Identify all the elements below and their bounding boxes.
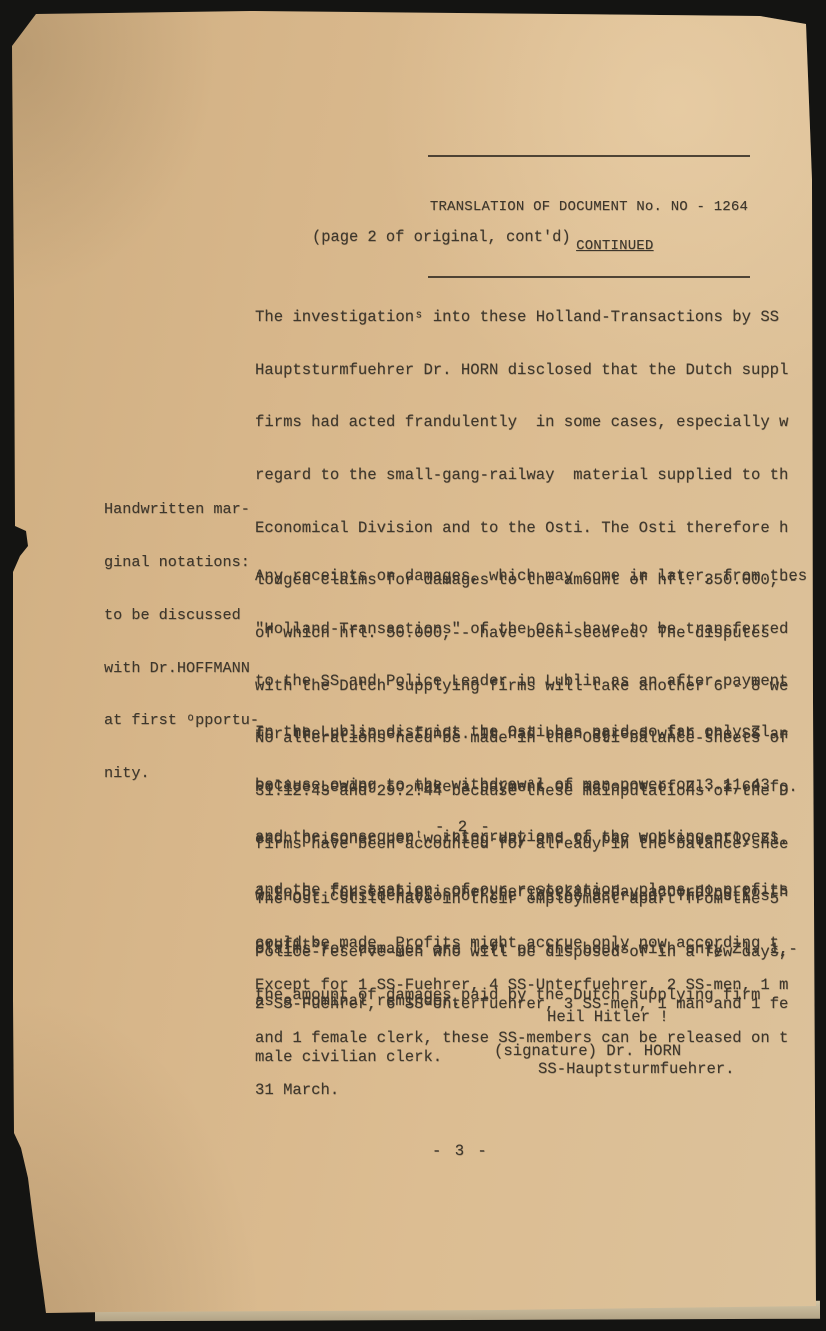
text-line: because owing to the withdrawᵃl of man-p… xyxy=(255,777,788,795)
text-line: The Osti still have in their employment … xyxy=(255,891,788,909)
page-marker-2: - 2 - xyxy=(435,818,492,836)
margin-note-line: Handwritten mar- xyxy=(104,501,274,519)
page-marker-3: - 3 - xyxy=(432,1142,489,1160)
margin-note-line: at first ᵒpportu- xyxy=(104,712,274,730)
text-line: Any receipts on damages, which may come … xyxy=(255,568,807,586)
text-line: firms had acted frandulently in some cas… xyxy=(255,414,798,432)
margin-note-line: nity. xyxy=(104,765,274,783)
signature-title: SS-Hauptsturmfuehrer. xyxy=(538,1060,735,1078)
text-line: and the consequenᵗ interruptions of the … xyxy=(255,829,788,847)
margin-note-line: with Dr.HOFFMANN xyxy=(104,660,274,678)
text-line: "Holland-Transactions" of the Osti have … xyxy=(255,621,807,639)
margin-note: Handwritten mar- ginal notations: to be … xyxy=(104,466,274,818)
text-line: 31 March. xyxy=(255,1082,788,1100)
text-line: The investigationˢ into these Holland-Tr… xyxy=(255,309,798,327)
document-header: TRANSLATION OF DOCUMENT No. NO - 1264 CO… xyxy=(428,155,750,278)
closing-salute: Heil Hitler ! xyxy=(547,1008,669,1026)
page-note: (page 2 of original, cont'd) xyxy=(312,228,571,246)
document-title: TRANSLATION OF DOCUMENT No. NO - 1264 xyxy=(428,198,750,217)
margin-note-line: ginal notations: xyxy=(104,554,274,572)
text-line: regard to the small-gang-railway materia… xyxy=(255,467,798,485)
text-line: In the Lublin district the Osti has paid… xyxy=(255,724,788,742)
scanned-document-page: TRANSLATION OF DOCUMENT No. NO - 1264 CO… xyxy=(0,0,826,1331)
paragraph-release: Except for 1 SS-Fuehrer, 4 SS-Unterfuehr… xyxy=(255,942,788,1135)
document-subtitle: CONTINUED xyxy=(576,237,653,256)
text-line: Except for 1 SS-Fuehrer, 4 SS-Unterfuehr… xyxy=(255,977,788,995)
margin-note-line: to be discussed xyxy=(104,607,274,625)
paper-sheet: TRANSLATION OF DOCUMENT No. NO - 1264 CO… xyxy=(0,0,826,1331)
text-line: Hauptsturmfuehrer Dr. HORN disclosed tha… xyxy=(255,362,798,380)
signature-line: (signature) Dr. HORN xyxy=(494,1042,681,1060)
